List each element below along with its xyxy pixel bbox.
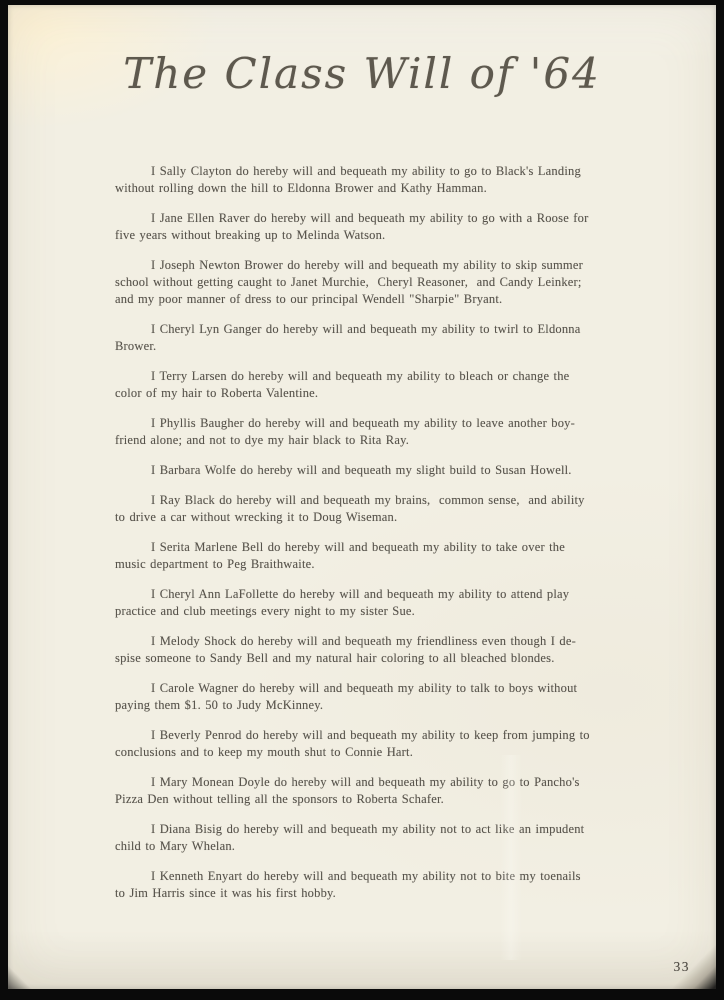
will-entry: I Barbara Wolfe do hereby will and beque… — [115, 462, 643, 479]
will-entry: I Jane Ellen Raver do hereby will and be… — [115, 210, 643, 244]
scanned-yearbook-photo: { "doc": { "title": "The Class Will of '… — [0, 0, 724, 1000]
will-entry: I Carole Wagner do hereby will and beque… — [115, 680, 643, 714]
will-entry: I Cheryl Ann LaFollette do hereby will a… — [115, 586, 643, 620]
yearbook-page: The Class Will of '64 I Sally Clayton do… — [8, 5, 716, 989]
will-entry: I Beverly Penrod do hereby will and bequ… — [115, 727, 643, 761]
page-title: The Class Will of '64 — [8, 49, 716, 98]
will-entry: I Kenneth Enyart do hereby will and bequ… — [115, 868, 643, 902]
will-entry: I Cheryl Lyn Ganger do hereby will and b… — [115, 321, 643, 355]
corner-shadow-bottom-left — [8, 959, 38, 989]
will-entry: I Diana Bisig do hereby will and bequeat… — [115, 821, 643, 855]
will-entry: I Phyllis Baugher do hereby will and beq… — [115, 415, 643, 449]
will-entry: I Mary Monean Doyle do hereby will and b… — [115, 774, 643, 808]
class-will-text: I Sally Clayton do hereby will and beque… — [115, 163, 643, 915]
will-entry: I Ray Black do hereby will and bequeath … — [115, 492, 643, 526]
corner-shadow-bottom-right — [662, 935, 716, 989]
will-entry: I Terry Larsen do hereby will and bequea… — [115, 368, 643, 402]
will-entry: I Sally Clayton do hereby will and beque… — [115, 163, 643, 197]
will-entry: I Melody Shock do hereby will and bequea… — [115, 633, 643, 667]
will-entry: I Joseph Newton Brower do hereby will an… — [115, 257, 643, 308]
will-entry: I Serita Marlene Bell do hereby will and… — [115, 539, 643, 573]
